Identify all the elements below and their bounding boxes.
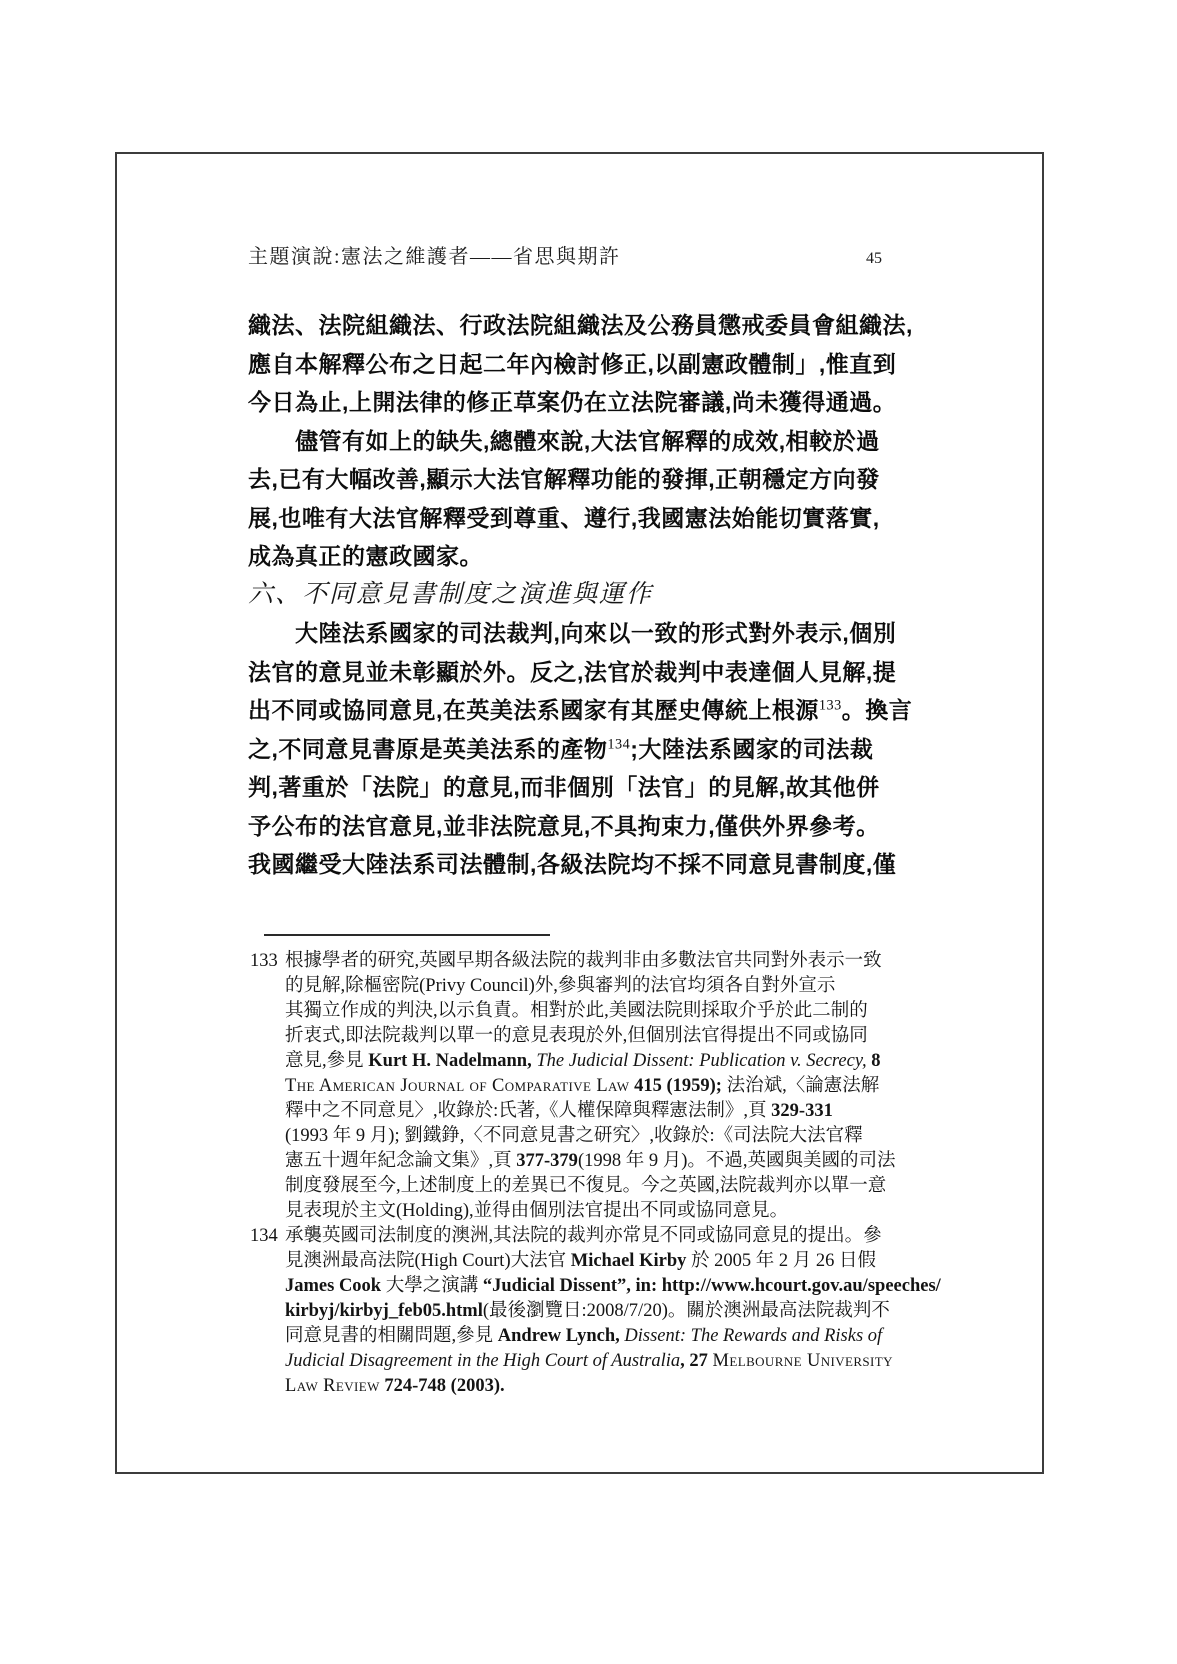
text-segment: 其獨立作成的判決,以示負責。相對於此,美國法院則採取介乎於此二制的 bbox=[285, 1001, 868, 1021]
text-line: (1993 年 9 月); 劉鐵錚,〈不同意見書之研究〉,收錄於:《司法院大法官… bbox=[285, 1124, 896, 1149]
text-line: 大陸法系國家的司法裁判,向來以一致的形式對外表示,個別 bbox=[248, 614, 884, 653]
text-segment: 法官的意見並未彰顯於外。反之,法官於裁判中表達個人見解,提 bbox=[248, 659, 896, 685]
main-text-column: 織法、法院組織法、行政法院組織法及公務員懲戒委員會組織法,應自本解釋公布之日起二… bbox=[248, 306, 884, 884]
footnote-separator-rule bbox=[264, 934, 550, 936]
text-segment: 釋中之不同意見〉,收錄於:氏著,《人權保障與釋憲法制》,頁 bbox=[285, 1101, 771, 1121]
text-segment: (1993 年 9 月); 劉鐵錚,〈不同意見書之研究〉,收錄於:《司法院大法官… bbox=[285, 1126, 863, 1146]
text-segment: Melbourne University bbox=[713, 1351, 893, 1371]
footnote-text: 承襲英國司法制度的澳洲,其法院的裁判亦常見不同或協同意見的提出。參見澳洲最高法院… bbox=[285, 1224, 896, 1399]
footnote-text: 根據學者的研究,英國早期各級法院的裁判非由多數法官共同對外表示一致的見解,除樞密… bbox=[285, 949, 896, 1224]
text-segment: 判,著重於「法院」的意見,而非個別「法官」的見解,故其他併 bbox=[248, 774, 880, 800]
text-segment: Andrew Lynch, bbox=[498, 1326, 620, 1346]
running-header-title: 主題演說:憲法之維護者——省思與期許 bbox=[248, 240, 621, 269]
text-line: 見表現於主文(Holding),並得由個別法官提出不同或協同意見。 bbox=[285, 1199, 896, 1224]
text-segment: James Cook bbox=[285, 1276, 381, 1296]
text-line: 見澳洲最高法院(High Court)大法官 Michael Kirby 於 2… bbox=[285, 1249, 896, 1274]
section-heading: 六、不同意見書制度之演進與運作 bbox=[248, 576, 884, 615]
text-line: 承襲英國司法制度的澳洲,其法院的裁判亦常見不同或協同意見的提出。參 bbox=[285, 1224, 896, 1249]
text-line: 根據學者的研究,英國早期各級法院的裁判非由多數法官共同對外表示一致 bbox=[285, 949, 896, 974]
text-segment: 我國繼受大陸法系司法體制,各級法院均不採不同意見書制度,僅 bbox=[248, 851, 896, 877]
text-segment: Kurt H. Nadelmann, bbox=[368, 1051, 531, 1071]
paragraph-2: 儘管有如上的缺失,總體來說,大法官解釋的成效,相較於過去,已有大幅改善,顯示大法… bbox=[248, 422, 884, 576]
footnote-number: 134 bbox=[248, 1224, 285, 1249]
text-segment: 見表現於主文 bbox=[285, 1201, 396, 1221]
text-segment: 成為真正的憲政國家。 bbox=[248, 543, 483, 569]
text-line: kirbyj/kirbyj_feb05.html(最後瀏覽日:2008/7/20… bbox=[285, 1299, 896, 1324]
text-line: Law Review 724-748 (2003). bbox=[285, 1374, 896, 1399]
footnote-reference-superscript: 133 bbox=[819, 697, 842, 713]
text-line: 之,不同意見書原是英美法系的產物134;大陸法系國家的司法裁 bbox=[248, 730, 884, 769]
text-line: 儘管有如上的缺失,總體來說,大法官解釋的成效,相較於過 bbox=[248, 422, 884, 461]
text-line: James Cook 大學之演講 “Judicial Dissent”, in:… bbox=[285, 1274, 896, 1299]
text-segment: 724-748 (2003). bbox=[380, 1376, 505, 1396]
text-segment: 承襲英國司法制度的澳洲,其法院的裁判亦常見不同或協同意見的提出。參 bbox=[285, 1226, 882, 1246]
text-line: 憲五十週年紀念論文集》,頁 377-379(1998 年 9 月)。不過,英國與… bbox=[285, 1149, 896, 1174]
text-segment: 外,參與審判的法官均須各自對外宣示 bbox=[535, 976, 836, 996]
text-segment: 8 bbox=[867, 1051, 881, 1071]
footnote-reference-superscript: 134 bbox=[607, 736, 630, 752]
footnote-item: 133根據學者的研究,英國早期各級法院的裁判非由多數法官共同對外表示一致的見解,… bbox=[248, 949, 896, 1224]
document-page: 主題演說:憲法之維護者——省思與期許 45 織法、法院組織法、行政法院組織法及公… bbox=[0, 0, 1177, 1664]
text-segment: ;大陸法系國家的司法裁 bbox=[630, 736, 873, 762]
text-segment: 根據學者的研究,英國早期各級法院的裁判非由多數法官共同對外表示一致 bbox=[285, 951, 882, 971]
text-line: 釋中之不同意見〉,收錄於:氏著,《人權保障與釋憲法制》,頁 329-331 bbox=[285, 1099, 896, 1124]
text-segment: The American Journal of Comparative Law bbox=[285, 1076, 629, 1096]
text-line: 應自本解釋公布之日起二年內檢討修正,以副憲政體制」,惟直到 bbox=[248, 345, 884, 384]
text-segment: 憲五十週年紀念論文集》,頁 bbox=[285, 1151, 516, 1171]
text-segment: ,並得由個別法官提出不同或協同意見。 bbox=[469, 1201, 788, 1221]
text-line: 我國繼受大陸法系司法體制,各級法院均不採不同意見書制度,僅 bbox=[248, 845, 884, 884]
text-segment: (Holding) bbox=[396, 1201, 469, 1221]
text-segment: 大陸法系國家的司法裁判,向來以一致的形式對外表示,個別 bbox=[295, 620, 896, 646]
text-segment: Michael Kirby bbox=[571, 1251, 687, 1271]
text-segment: 出不同或協同意見,在英美法系國家有其歷史傳統上根源 bbox=[248, 697, 819, 723]
text-segment: 大學之演講 bbox=[381, 1276, 483, 1296]
page-header: 主題演說:憲法之維護者——省思與期許 45 bbox=[248, 240, 882, 269]
text-segment: 329-331 bbox=[771, 1101, 833, 1121]
text-segment: 今日為止,上開法律的修正草案仍在立法院審議,尚未獲得通過。 bbox=[248, 389, 896, 415]
text-line: 織法、法院組織法、行政法院組織法及公務員懲戒委員會組織法, bbox=[248, 306, 884, 345]
text-line: 判,著重於「法院」的意見,而非個別「法官」的見解,故其他併 bbox=[248, 768, 884, 807]
text-segment: , 27 bbox=[680, 1351, 712, 1371]
paragraph-1: 織法、法院組織法、行政法院組織法及公務員懲戒委員會組織法,應自本解釋公布之日起二… bbox=[248, 306, 884, 422]
text-segment: 意見,參見 bbox=[285, 1051, 368, 1071]
text-segment: 去,已有大幅改善,顯示大法官解釋功能的發揮,正朝穩定方向發 bbox=[248, 466, 880, 492]
text-segment: 予公布的法官意見,並非法院意見,不具拘束力,僅供外界參考。 bbox=[248, 813, 880, 839]
text-line: 成為真正的憲政國家。 bbox=[248, 537, 884, 576]
text-line: 今日為止,上開法律的修正草案仍在立法院審議,尚未獲得通過。 bbox=[248, 383, 884, 422]
text-segment: 之,不同意見書原是英美法系的產物 bbox=[248, 736, 607, 762]
text-segment: Law Review bbox=[285, 1376, 380, 1396]
text-segment: (最後瀏覽日:2008/7/20)。關於澳洲最高法院裁判不 bbox=[483, 1301, 890, 1321]
footnote-item: 134承襲英國司法制度的澳洲,其法院的裁判亦常見不同或協同意見的提出。參見澳洲最… bbox=[248, 1224, 896, 1399]
text-segment: kirbyj/kirbyj_feb05.html bbox=[285, 1301, 483, 1321]
text-line: 意見,參見 Kurt H. Nadelmann, The Judicial Di… bbox=[285, 1049, 896, 1074]
text-segment: 377-379 bbox=[516, 1151, 578, 1171]
text-segment: The Judicial Dissent: Publication v. Sec… bbox=[536, 1051, 866, 1071]
text-segment: (1998 年 9 月)。不過,英國與美國的司法 bbox=[578, 1151, 896, 1171]
text-line: The American Journal of Comparative Law … bbox=[285, 1074, 896, 1099]
footnote-number: 133 bbox=[248, 949, 285, 974]
text-segment: 折衷式,即法院裁判以單一的意見表現於外,但個別法官得提出不同或協同 bbox=[285, 1026, 868, 1046]
text-segment: 。換言 bbox=[842, 697, 913, 723]
text-segment: 制度發展至今,上述制度上的差異已不復見。今之英國,法院裁判亦以單一意 bbox=[285, 1176, 886, 1196]
page-number: 45 bbox=[866, 250, 882, 268]
text-line: 法官的意見並未彰顯於外。反之,法官於裁判中表達個人見解,提 bbox=[248, 653, 884, 692]
text-segment: 415 (1959); bbox=[629, 1076, 726, 1096]
text-segment: (High Court) bbox=[415, 1251, 511, 1271]
text-segment: “Judicial Dissent”, in: http://www.hcour… bbox=[483, 1276, 941, 1296]
text-segment: Dissent: The Rewards and Risks of bbox=[624, 1326, 882, 1346]
text-segment: Judicial Disagreement in the High Court … bbox=[285, 1351, 680, 1371]
text-line: 折衷式,即法院裁判以單一的意見表現於外,但個別法官得提出不同或協同 bbox=[285, 1024, 896, 1049]
text-segment: 儘管有如上的缺失,總體來說,大法官解釋的成效,相較於過 bbox=[295, 428, 880, 454]
text-segment: (Privy Council) bbox=[419, 976, 535, 996]
footnotes-section: 133根據學者的研究,英國早期各級法院的裁判非由多數法官共同對外表示一致的見解,… bbox=[248, 926, 896, 1399]
text-segment: 法治斌,〈論憲法解 bbox=[727, 1076, 880, 1096]
text-line: 出不同或協同意見,在英美法系國家有其歷史傳統上根源133。換言 bbox=[248, 691, 884, 730]
text-segment: 於 2005 年 2 月 26 日假 bbox=[686, 1251, 876, 1271]
text-segment: 展,也唯有大法官解釋受到尊重、遵行,我國憲法始能切實落實, bbox=[248, 505, 880, 531]
text-segment: 大法官 bbox=[511, 1251, 571, 1271]
text-segment: 見澳洲最高法院 bbox=[285, 1251, 415, 1271]
text-segment: 同意見書的相關問題,參見 bbox=[285, 1326, 498, 1346]
text-line: 的見解,除樞密院(Privy Council)外,參與審判的法官均須各自對外宣示 bbox=[285, 974, 896, 999]
text-segment: 織法、法院組織法、行政法院組織法及公務員懲戒委員會組織法, bbox=[248, 312, 913, 338]
text-line: 展,也唯有大法官解釋受到尊重、遵行,我國憲法始能切實落實, bbox=[248, 499, 884, 538]
text-line: 予公布的法官意見,並非法院意見,不具拘束力,僅供外界參考。 bbox=[248, 807, 884, 846]
footnotes-list: 133根據學者的研究,英國早期各級法院的裁判非由多數法官共同對外表示一致的見解,… bbox=[248, 949, 896, 1399]
paragraph-3: 大陸法系國家的司法裁判,向來以一致的形式對外表示,個別法官的意見並未彰顯於外。反… bbox=[248, 614, 884, 884]
text-segment: 應自本解釋公布之日起二年內檢討修正,以副憲政體制」,惟直到 bbox=[248, 351, 896, 377]
text-line: 去,已有大幅改善,顯示大法官解釋功能的發揮,正朝穩定方向發 bbox=[248, 460, 884, 499]
text-line: 其獨立作成的判決,以示負責。相對於此,美國法院則採取介乎於此二制的 bbox=[285, 999, 896, 1024]
text-segment: 的見解,除樞密院 bbox=[285, 976, 419, 996]
text-line: 同意見書的相關問題,參見 Andrew Lynch, Dissent: The … bbox=[285, 1324, 896, 1349]
text-line: Judicial Disagreement in the High Court … bbox=[285, 1349, 896, 1374]
text-line: 制度發展至今,上述制度上的差異已不復見。今之英國,法院裁判亦以單一意 bbox=[285, 1174, 896, 1199]
